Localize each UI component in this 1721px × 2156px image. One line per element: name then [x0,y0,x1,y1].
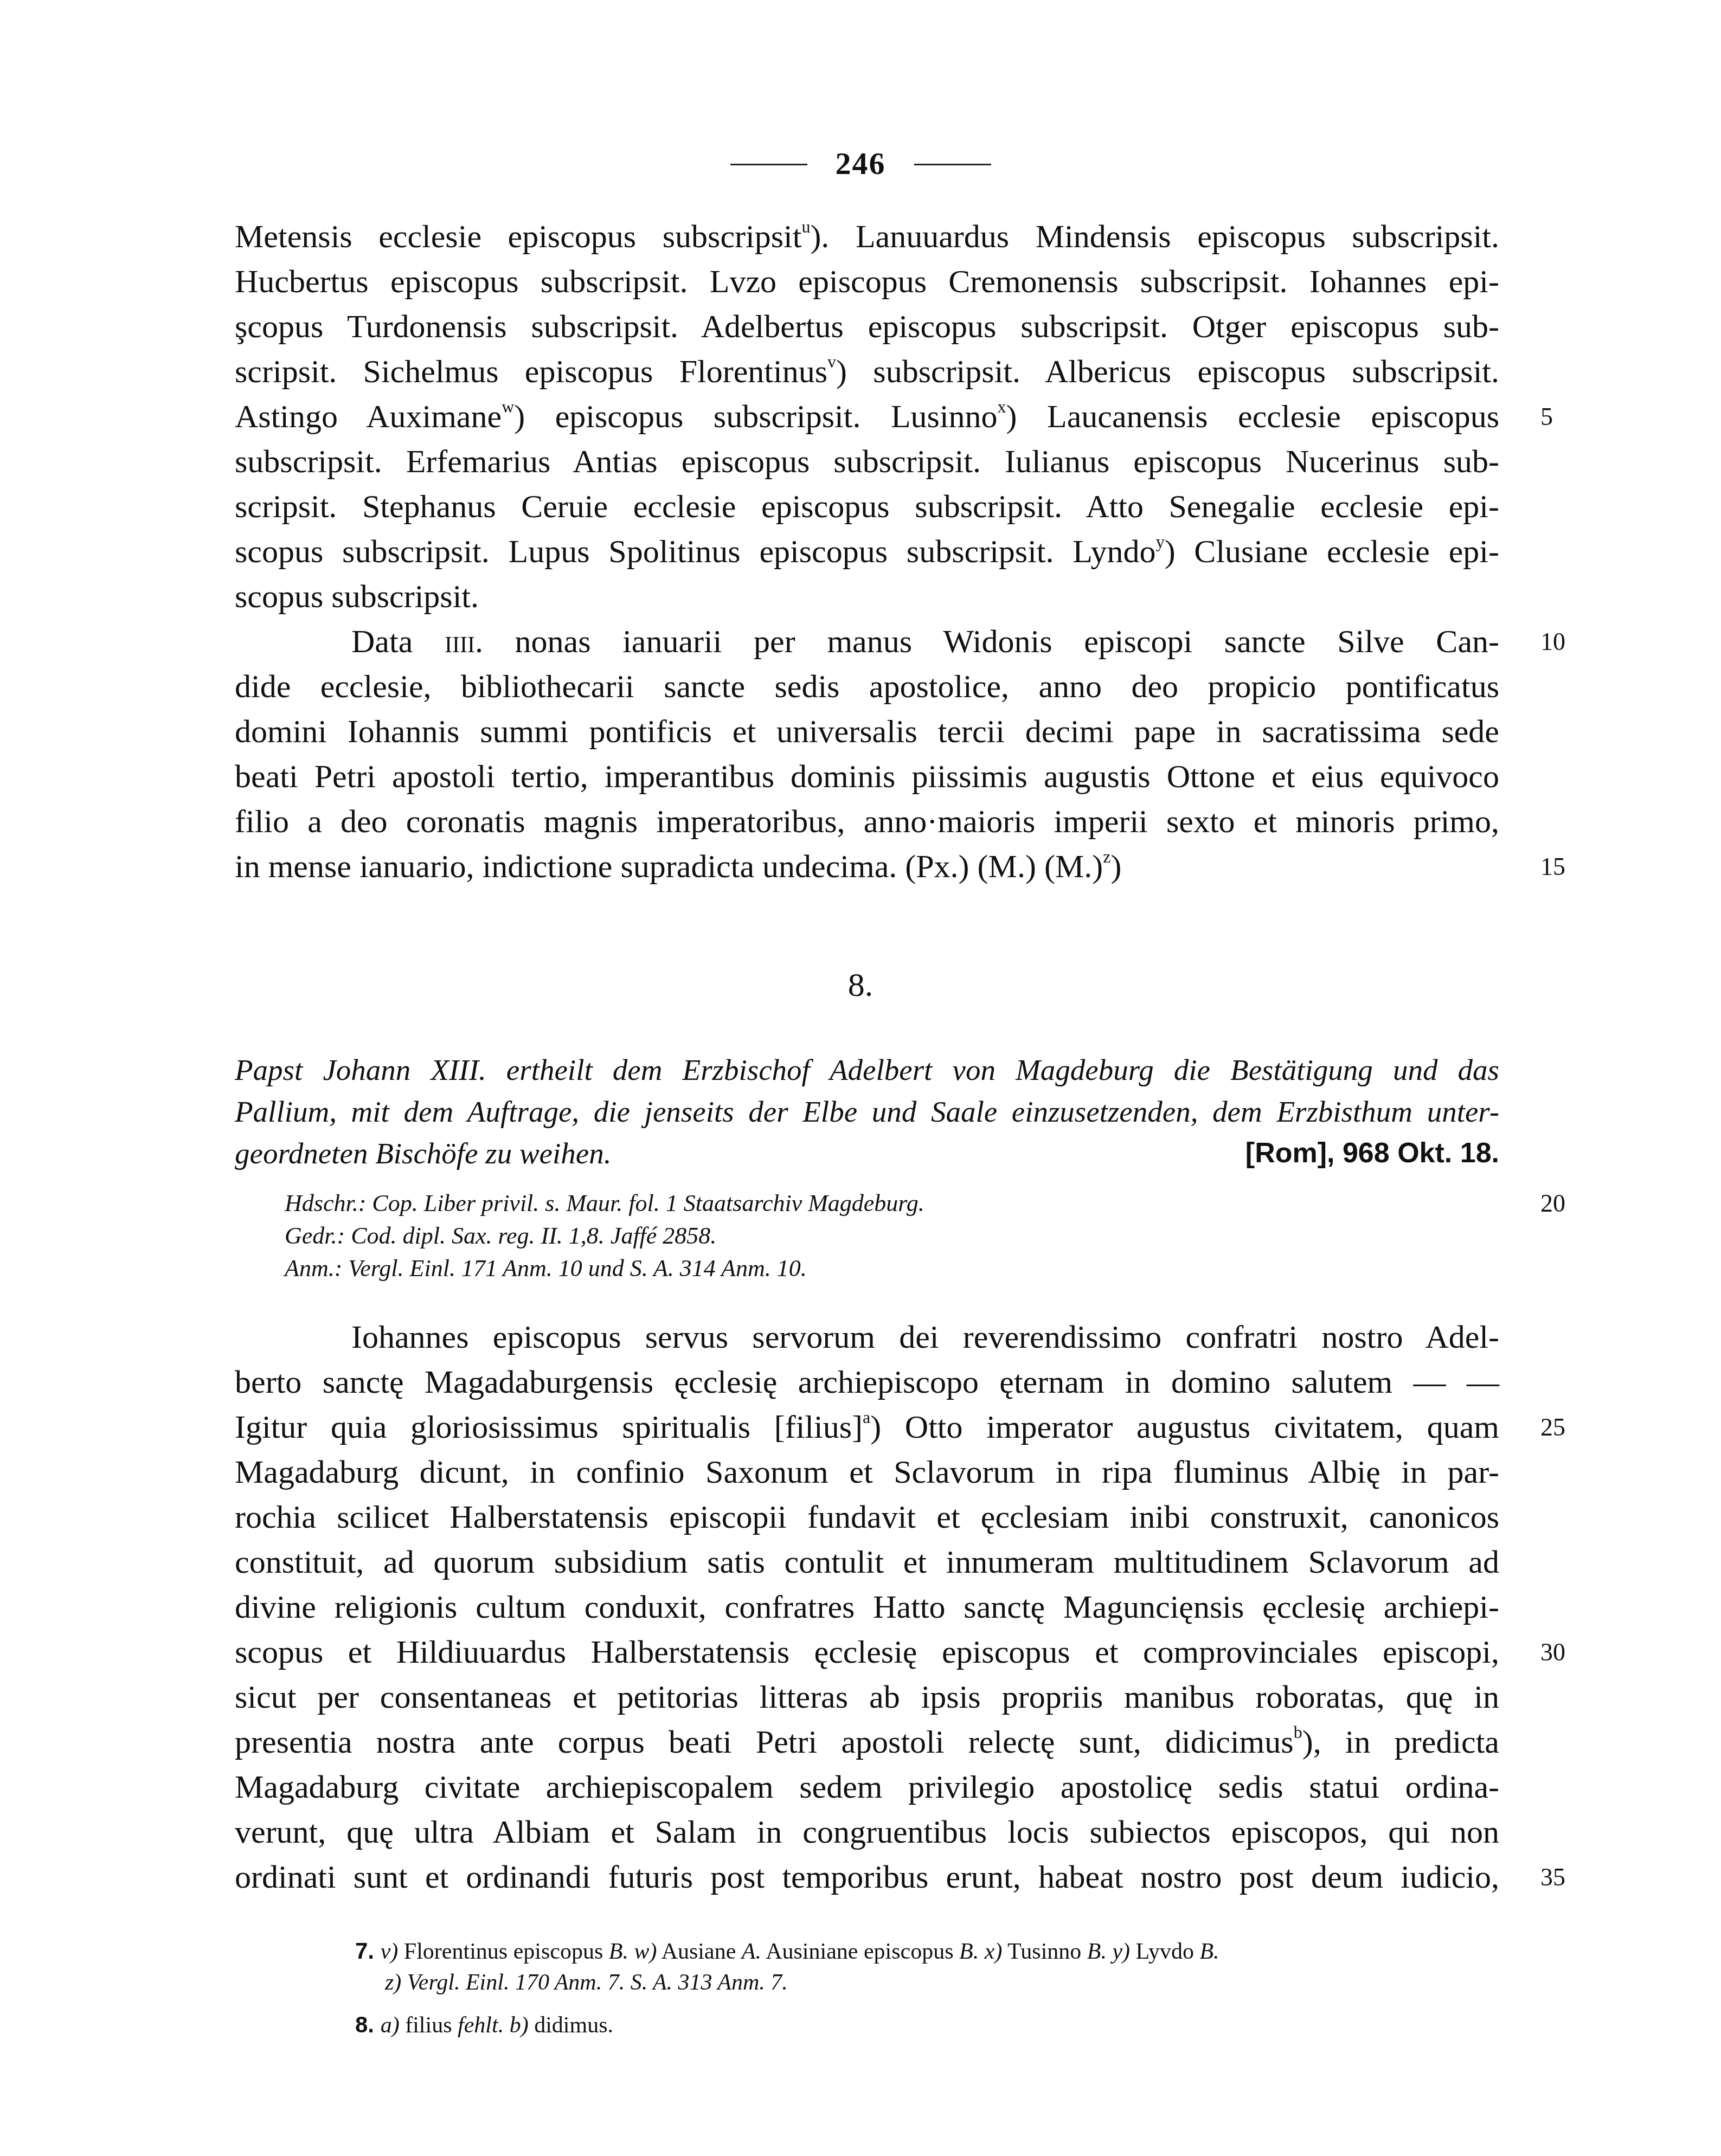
footnote-marker: w [502,397,514,416]
line-text: scopus subscripsit. [235,578,479,614]
text-line: dide ecclesie, bibliothecarii sancte sed… [235,664,1499,709]
text-line: beati Petri apostoli tertio, imperantibu… [235,754,1499,799]
text-line: constituit, ad quorum subsidium satis co… [235,1540,1499,1585]
header-rule-right [914,164,991,165]
margin-line-number: 20 [1540,1187,1584,1220]
footnote-marker: u [801,217,810,236]
footnote-siglum: fehlt. [458,2013,504,2038]
line-text: berto sanctę Magadaburgensis ęcclesię ar… [235,1364,1499,1400]
margin-line-number: 35 [1540,1855,1584,1900]
line-text: şcopus Turdonensis subscripsit. Adelbert… [235,308,1499,344]
summary-line-text: geordneten Bischöfe zu weihen. [235,1137,611,1170]
line-text: scripsit. Sichelmus episcopus Florentinu… [235,353,1499,389]
source-line: Anm.: Vergl. Einl. 171 Anm. 10 und S. A.… [285,1252,1499,1285]
margin-line-number: 15 [1540,844,1584,889]
text-line: domini Iohannis summi pontificis et univ… [235,709,1499,754]
line-text: constituit, ad quorum subsidium satis co… [235,1544,1499,1580]
line-text: Astingo Auximanew) episcopus subscripsit… [235,398,1499,434]
footnote-mark: a) [381,2013,400,2038]
footnote-mark: w) [634,1939,657,1964]
footnote-mark: x) [985,1939,1003,1964]
footnote-marker: z [1103,847,1110,866]
line-text: scopus subscripsit. Lupus Spolitinus epi… [235,533,1499,569]
text-line: Data iiii. nonas ianuarii per manus Wido… [235,619,1499,664]
date-place: [Rom], 968 Okt. 18. [1245,1132,1499,1174]
line-text: scripsit. Stephanus Ceruie ecclesie epis… [235,488,1499,524]
line-text: sicut per consentaneas et petitorias lit… [235,1679,1499,1715]
summary-line-last: geordneten Bischöfe zu weihen. [Rom], 96… [235,1132,1499,1174]
text-line: şcopus Turdonensis subscripsit. Adelbert… [235,304,1499,349]
line-text: scopus et Hildiuuardus Halberstatensis ę… [235,1634,1499,1670]
text-line: scripsit. Stephanus Ceruie ecclesie epis… [235,484,1499,529]
line-text: ordinati sunt et ordinandi futuris post … [235,1859,1499,1895]
footnote-marker: v [827,352,836,371]
line-text: Metensis ecclesie episcopus subscripsitu… [235,218,1499,254]
footnote-line: z) Vergl. Einl. 170 Anm. 7. S. A. 313 An… [355,1967,1499,1998]
footnote-siglum: B. [609,1939,628,1964]
text-line: berto sanctę Magadaburgensis ęcclesię ar… [235,1360,1499,1405]
footnote-mark: y) [1112,1939,1130,1964]
line-text: Magadaburg dicunt, in confinio Saxonum e… [235,1454,1499,1490]
text-line: scripsit. Sichelmus episcopus Florentinu… [235,349,1499,394]
text-line: subscripsit. Erfemarius Antias episcopus… [235,439,1499,484]
section-number: 8. [0,966,1721,1005]
footnote-siglum: B. [1199,1939,1219,1964]
text-line: scopus subscripsit. Lupus Spolitinus epi… [235,529,1499,574]
margin-line-number: 30 [1540,1630,1584,1675]
footnote-marker: a [863,1407,870,1427]
text-line: sicut per consentaneas et petitorias lit… [235,1675,1499,1720]
text-line: scopus subscripsit. [235,574,1499,619]
page-number: 246 [836,146,886,181]
text-line: divine religionis cultum conduxit, confr… [235,1585,1499,1630]
text-line: scopus et Hildiuuardus Halberstatensis ę… [235,1630,1499,1675]
line-text: Data iiii. nonas ianuarii per manus Wido… [351,623,1499,659]
footnotes: 7. v) Florentinus episcopus B. w) Ausian… [355,1935,1499,2041]
margin-line-number: 10 [1540,619,1584,664]
text-line: presentia nostra ante corpus beati Petri… [235,1720,1499,1765]
footnote-line: 7. v) Florentinus episcopus B. w) Ausian… [355,1935,1499,1967]
margin-line-number: 5 [1540,394,1584,439]
doc7-continuation-text: Metensis ecclesie episcopus subscripsitu… [235,214,1499,889]
source-line: Hdschr.: Cop. Liber privil. s. Maur. fol… [285,1187,1499,1220]
footnote-siglum: B. [1087,1939,1107,1964]
line-text: beati Petri apostoli tertio, imperantibu… [235,758,1499,794]
line-text: Igitur quia gloriosissimus spiritualis [… [235,1409,1499,1445]
line-text: dide ecclesie, bibliothecarii sancte sed… [235,668,1499,704]
doc8-sources: Hdschr.: Cop. Liber privil. s. Maur. fol… [285,1187,1499,1285]
roman-numeral: iiii. [445,623,483,659]
text-line: Iohannes episcopus servus servorum dei r… [235,1315,1499,1360]
line-text: divine religionis cultum conduxit, confr… [235,1589,1499,1625]
margin-line-number: 25 [1540,1405,1584,1450]
footnote-siglum: B. [959,1939,979,1964]
text-line: Hucbertus episcopus subscripsit. Lvzo ep… [235,259,1499,304]
text-line: Astingo Auximanew) episcopus subscripsit… [235,394,1499,439]
footnote-siglum: A. [742,1939,761,1964]
line-text: presentia nostra ante corpus beati Petri… [235,1724,1499,1760]
line-text: rochia scilicet Halberstatensis episcopi… [235,1499,1499,1535]
line-text: subscripsit. Erfemarius Antias episcopus… [235,443,1499,479]
text-line: Metensis ecclesie episcopus subscripsitu… [235,214,1499,259]
footnote-line: 8. a) filius fehlt. b) didimus. [355,2009,1499,2041]
text-line: in mense ianuario, indictione supradicta… [235,844,1499,889]
footnote-marker: b [1294,1722,1302,1742]
footnote-mark: z) [385,1970,401,1995]
footnote-marker: x [998,397,1006,416]
text-line: ordinati sunt et ordinandi futuris post … [235,1855,1499,1900]
source-line: Gedr.: Cod. dipl. Sax. reg. II. 1,8. Jaf… [285,1220,1499,1252]
footnote-mark: b) [510,2013,529,2038]
doc8-body-text: Iohannes episcopus servus servorum dei r… [235,1315,1499,1900]
summary-line: Pallium, mit dem Auftrage, die jenseits … [235,1091,1499,1132]
line-text: verunt, quę ultra Albiam et Salam in con… [235,1814,1499,1850]
page-header: 246 [0,145,1721,182]
footnote-doc-number: 8. [355,2012,381,2037]
line-text: Iohannes episcopus servus servorum dei r… [351,1319,1499,1355]
text-line: Magadaburg civitate archiepiscopalem sed… [235,1765,1499,1810]
footnote-siglum: Vergl. Einl. 170 Anm. 7. S. A. 313 Anm. … [401,1970,787,1995]
text-line: Magadaburg dicunt, in confinio Saxonum e… [235,1450,1499,1495]
footnote-marker: y [1156,532,1165,551]
line-text: domini Iohannis summi pontificis et univ… [235,713,1499,749]
text-line: verunt, quę ultra Albiam et Salam in con… [235,1810,1499,1855]
summary-line: Papst Johann XIII. ertheilt dem Erzbisch… [235,1049,1499,1091]
footnote-mark: v) [381,1939,399,1964]
header-rule-left [730,164,807,165]
line-text: filio a deo coronatis magnis imperatorib… [235,803,1499,839]
line-text: in mense ianuario, indictione supradicta… [235,848,1121,884]
line-text: Hucbertus episcopus subscripsit. Lvzo ep… [235,263,1499,299]
line-text: Magadaburg civitate archiepiscopalem sed… [235,1769,1499,1805]
text-line: rochia scilicet Halberstatensis episcopi… [235,1495,1499,1540]
footnote-doc-number: 7. [355,1938,381,1964]
text-line: filio a deo coronatis magnis imperatorib… [235,799,1499,844]
text-line: Igitur quia gloriosissimus spiritualis [… [235,1405,1499,1450]
doc8-summary: Papst Johann XIII. ertheilt dem Erzbisch… [235,1049,1499,1174]
